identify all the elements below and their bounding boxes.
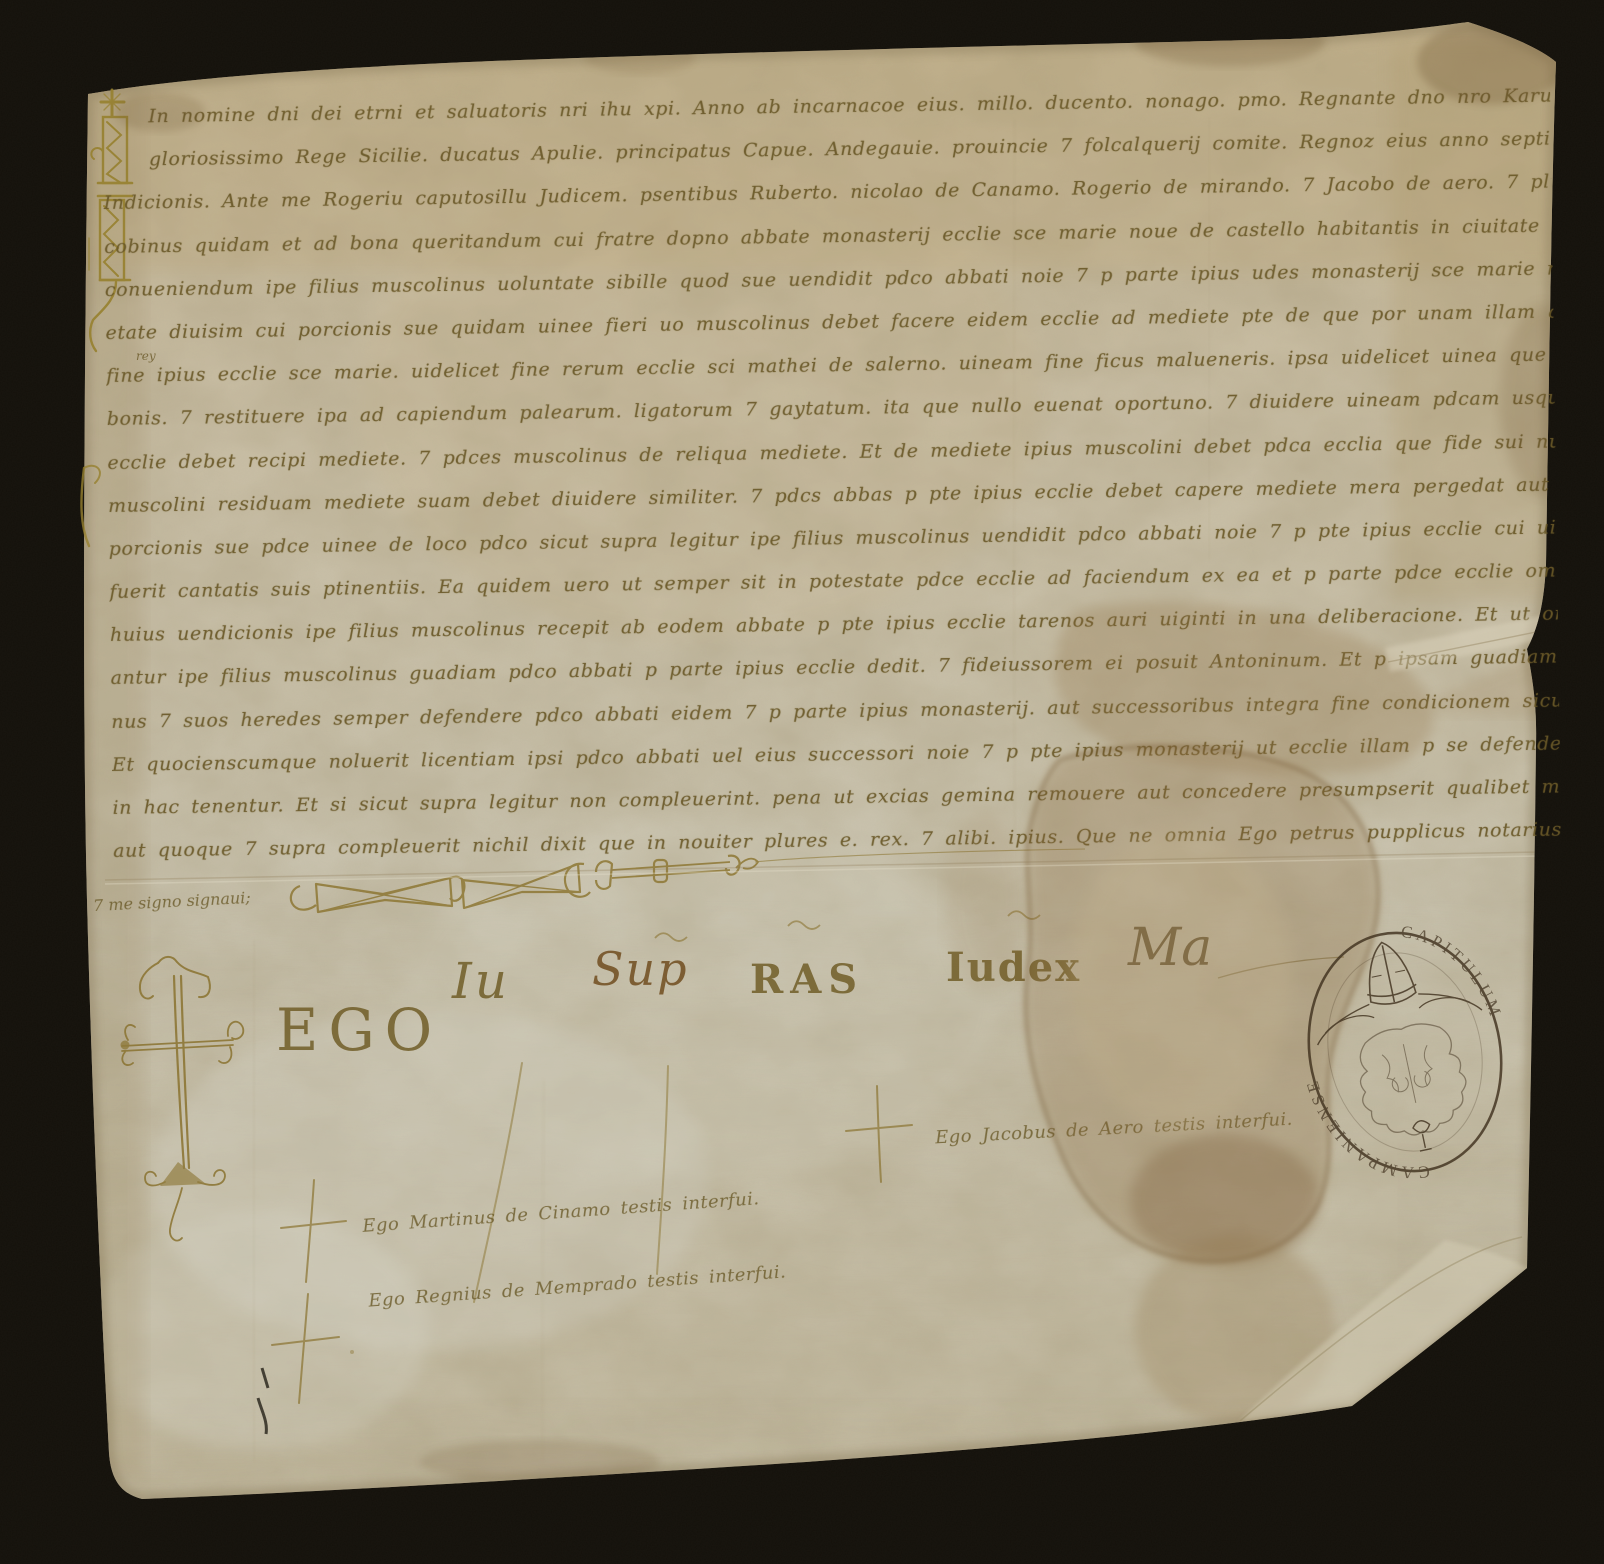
backdrop [0,0,1604,1564]
decorated-initial-icon [89,90,132,351]
script-line: nus 7 suos heredes semper defendere pdco… [111,679,1559,744]
edge-stains [115,18,1584,1484]
monogram-flourish-line [1218,957,1344,978]
script-line: bonis. 7 restituere ipa ad capiendum pal… [106,377,1554,442]
folded-corner [1240,1237,1527,1421]
parchment-base-art [0,0,1604,1564]
script-line: Indicionis. Ante me Rogeriu caputosillu … [103,161,1551,226]
display-word-name: Iu [452,952,510,1010]
script-line: gloriosissimo Rege Sicilie. ducatus Apul… [103,118,1551,183]
judge-monogram: Ma [1128,918,1212,978]
witness-subscription: Ego Jacobus de Aero testis interfui. [935,1109,1294,1149]
witness-subscription: Ego Regnius de Memprado testis interfui. [368,1261,787,1311]
script-line: in hac tenentur. Et si sicut supra legit… [112,765,1560,830]
manuscript-text-layer: In nomine dni dei etrni et saluatoris nr… [0,0,1604,1564]
script-line: conueniendum ipe filius muscolinus uolun… [105,247,1553,312]
script-line: porcionis sue pdce uinee de loco pdco si… [108,506,1556,571]
archive-stamp: CAPITULUM CAMPANIENSE [1273,902,1536,1203]
stamp-text-left: CAMPANIENSE [1301,1057,1432,1202]
display-word-iudex: Iudex [946,944,1081,991]
body-text-block: In nomine dni dei etrni et saluatoris nr… [102,75,1561,874]
svg-text:CAPITULUM CAMPANIENSE: CAPITULUM CAMPANIENSE [1273,902,1536,1203]
script-line: fine ipius ecclie sce marie. uidelicet f… [106,334,1554,399]
display-word-sup: Sup [592,942,689,996]
notarial-cross-icon [121,957,244,1241]
water-stain [945,602,1548,1425]
witness-cross-3-icon [272,1294,354,1403]
script-line: antur ipe filius muscolinus guadiam pdco… [110,636,1558,701]
bishop-mitre-icon [1300,925,1482,1045]
stamp-base-ornament [1412,1119,1435,1151]
stains-and-stamp-layer: CAPITULUM CAMPANIENSE [0,0,1604,1564]
interlinear-superscript: rey [136,349,156,363]
stamp-crest [1349,1016,1474,1144]
creases [105,120,1548,1460]
script-line: huius uendicionis ipe filius muscolinus … [110,593,1558,658]
script-line: muscolini residuam mediete suam debet di… [108,463,1556,528]
notary-closing-line: 7 me signo signaui; [93,888,252,915]
script-line: cobinus quidam et ad bona queritandum cu… [104,204,1552,269]
display-word-ego: EGO [276,996,442,1064]
witness-cross-2-icon [281,1180,346,1282]
script-line: fuerit cantatis suis ptinentiis. Ea quid… [109,550,1557,615]
script-line: aut quoque 7 supra compleuerit nichil di… [113,809,1561,874]
photograph-of-parchment-charter: In nomine dni dei etrni et saluatoris nr… [0,0,1604,1564]
stamp-text-top: CAPITULUM [1396,905,1506,1036]
ink-blot [258,1368,268,1434]
display-word-ras: RAS [750,956,864,1003]
parchment-sheet [84,22,1556,1499]
descender-flourishes [474,1063,668,1302]
parchment-texture [70,10,1570,1520]
margin-flourish-icon [81,466,100,546]
abbreviation-marks [655,911,1040,941]
interlace-knot-icon [291,849,1085,912]
script-line: In nomine dni dei etrni et saluatoris nr… [102,75,1550,140]
script-line: Et quocienscumque noluerit licentiam ips… [112,722,1560,787]
witness-subscription: Ego Martinus de Cinamo testis interfui. [362,1188,760,1237]
witness-cross-1-icon [846,1086,912,1182]
script-line: etate diuisim cui porcionis sue quidam u… [105,290,1553,355]
script-line: ecclie debet recipi mediete. 7 pdces mus… [107,420,1555,485]
